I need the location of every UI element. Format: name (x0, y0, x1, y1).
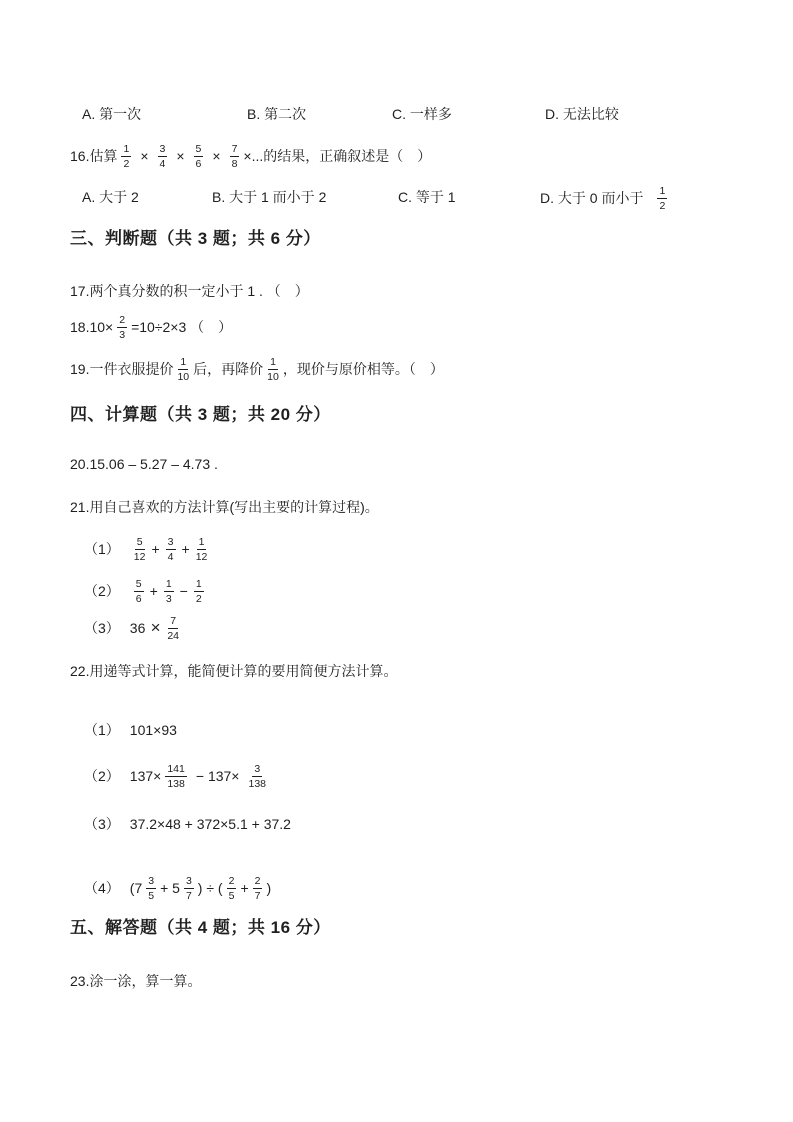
q22-item-1-expression: 101×93 (130, 722, 177, 739)
q15-option-c: C. 一样多 (392, 106, 452, 123)
fraction-numerator: 5 (135, 536, 145, 550)
q16-option-d: D. 大于 0 而小于 12 (540, 185, 671, 212)
fraction-denominator: 5 (148, 889, 154, 902)
fraction: 724 (167, 615, 179, 642)
q22-item-4-part-4: + (240, 880, 248, 897)
fraction-denominator: 12 (134, 550, 146, 563)
multiply-sign: × (212, 148, 220, 165)
question-22-item-2: （2） 137× 141138 − 137× 3138 (84, 763, 270, 790)
fraction-numerator: 7 (168, 615, 178, 629)
fraction: 141138 (165, 763, 187, 790)
fraction-denominator: 3 (166, 592, 172, 605)
fraction: 3138 (248, 763, 266, 790)
fraction-denominator: 2 (196, 592, 202, 605)
fraction-denominator: 4 (160, 157, 166, 170)
question-22-item-4: （4） (7 35 + 5 37 ) ÷ ( 25 + 27 ) (84, 875, 271, 902)
item-marker: （2） (84, 768, 120, 785)
item-marker: （2） (84, 583, 120, 600)
item-marker: （3） (84, 620, 120, 637)
minus-sign: − (180, 583, 188, 600)
fraction-denominator: 8 (232, 157, 238, 170)
q22-item-4-part-1: (7 (130, 880, 142, 897)
fraction-denominator: 2 (123, 157, 129, 170)
fraction: 34 (166, 536, 176, 563)
q22-item-4-part-5: ) (266, 880, 271, 897)
fraction-numerator: 1 (121, 143, 131, 157)
fraction-numerator: 1 (178, 356, 188, 370)
question-19: 19.一件衣服提价 110 后，再降价 110 ，现价与原价相等。（ ） (70, 356, 444, 383)
fraction-numerator: 3 (166, 536, 176, 550)
plus-sign: + (151, 541, 159, 558)
q16-option-b: B. 大于 1 而小于 2 (212, 189, 326, 206)
fraction: 56 (194, 143, 204, 170)
item-marker: （3） (84, 816, 120, 833)
multiply-sign: × (176, 148, 184, 165)
fraction: 27 (253, 875, 263, 902)
question-16: 16.估算 12 × 34 × 56 × 78 ×...的结果，正确叙述是（ ） (70, 143, 431, 170)
multiply-sign: × (150, 618, 160, 638)
fraction: 110 (267, 356, 279, 383)
q15-option-a: A. 第一次 (82, 106, 141, 123)
fraction-numerator: 3 (252, 763, 262, 777)
fraction-numerator: 7 (230, 143, 240, 157)
fraction: 110 (177, 356, 189, 383)
q15-option-b: B. 第二次 (247, 106, 306, 123)
fraction: 512 (134, 536, 146, 563)
fraction-denominator: 12 (196, 550, 208, 563)
item-marker: （1） (84, 722, 120, 739)
q18-prefix: 18.10× (70, 319, 113, 336)
fraction-denominator: 7 (255, 889, 261, 902)
fraction-denominator: 10 (177, 370, 189, 383)
q19-part-3: ，现价与原价相等。（ ） (283, 361, 444, 378)
fraction: 35 (146, 875, 156, 902)
fraction-numerator: 141 (165, 763, 187, 777)
fraction: 23 (117, 314, 127, 341)
fraction: 37 (184, 875, 194, 902)
question-21-item-2: （2） 56 + 13 − 12 (84, 578, 208, 605)
q16-suffix: ×...的结果，正确叙述是（ ） (243, 148, 431, 165)
fraction: 34 (158, 143, 168, 170)
fraction-denominator: 5 (229, 889, 235, 902)
exam-document-page: A. 第一次 B. 第二次 C. 一样多 D. 无法比较 16.估算 12 × … (0, 0, 793, 1122)
question-17: 17.两个真分数的积一定小于 1 . （ ） (70, 283, 309, 300)
q16-option-c: C. 等于 1 (398, 189, 456, 206)
fraction-numerator: 5 (194, 143, 204, 157)
question-21-item-1: （1） 512 + 34 + 112 (84, 536, 211, 563)
q19-part-2: 后，再降价 (193, 361, 263, 378)
q22-item-4-part-2: + 5 (160, 880, 180, 897)
question-18: 18.10× 23 =10÷2×3 （ ） (70, 314, 232, 341)
q22-item-2-part-1: 137× (130, 768, 162, 785)
question-23: 23.涂一涂，算一算。 (70, 973, 201, 990)
fraction-denominator: 6 (136, 592, 142, 605)
fraction-denominator: 10 (267, 370, 279, 383)
item-marker: （4） (84, 880, 120, 897)
q18-suffix: =10÷2×3 （ ） (131, 319, 232, 336)
fraction-denominator: 7 (186, 889, 192, 902)
fraction-numerator: 3 (184, 875, 194, 889)
fraction-numerator: 2 (117, 314, 127, 328)
question-22-item-1: （1） 101×93 (84, 722, 177, 739)
fraction-numerator: 2 (253, 875, 263, 889)
fraction-denominator: 4 (168, 550, 174, 563)
fraction: 12 (121, 143, 131, 170)
q16-option-d-label: D. 大于 0 而小于 (540, 190, 643, 207)
fraction-denominator: 3 (119, 328, 125, 341)
fraction-numerator: 1 (164, 578, 174, 592)
section-4-heading: 四、计算题（共 3 题；共 20 分） (70, 405, 331, 425)
item-marker: （1） (84, 541, 120, 558)
q22-item-4-part-3: ) ÷ ( (198, 880, 223, 897)
question-20: 20.15.06 – 5.27 – 4.73 . (70, 456, 218, 473)
fraction-numerator: 3 (158, 143, 168, 157)
fraction-numerator: 5 (134, 578, 144, 592)
fraction: 12 (194, 578, 204, 605)
fraction-denominator: 24 (167, 629, 179, 642)
fraction-numerator: 1 (197, 536, 207, 550)
question-22-item-3: （3） 37.2×48 + 372×5.1 + 37.2 (84, 816, 291, 833)
fraction-numerator: 1 (194, 578, 204, 592)
fraction: 112 (196, 536, 208, 563)
q22-item-2-part-2: − 137× (196, 768, 240, 785)
question-22-title: 22.用递等式计算，能简便计算的要用简便方法计算。 (70, 663, 397, 680)
q22-item-3-expression: 37.2×48 + 372×5.1 + 37.2 (130, 816, 291, 833)
fraction-denominator: 138 (167, 777, 185, 790)
plus-sign: + (150, 583, 158, 600)
question-21-title: 21.用自己喜欢的方法计算(写出主要的计算过程)。 (70, 499, 379, 516)
fraction: 25 (227, 875, 237, 902)
q15-option-d: D. 无法比较 (545, 106, 619, 123)
fraction-numerator: 2 (227, 875, 237, 889)
question-21-item-3: （3） 36 × 724 (84, 615, 183, 642)
fraction-denominator: 138 (248, 777, 266, 790)
fraction-numerator: 1 (657, 185, 667, 199)
q16-option-a: A. 大于 2 (82, 189, 139, 206)
fraction-denominator: 2 (659, 199, 665, 212)
fraction: 78 (230, 143, 240, 170)
section-5-heading: 五、解答题（共 4 题；共 16 分） (70, 918, 331, 938)
section-3-heading: 三、判断题（共 3 题；共 6 分） (70, 229, 321, 249)
fraction: 56 (134, 578, 144, 605)
multiply-sign: × (140, 148, 148, 165)
plus-sign: + (182, 541, 190, 558)
q21-item-3-operand: 36 (130, 620, 146, 637)
fraction-numerator: 1 (268, 356, 278, 370)
q16-prefix: 16.估算 (70, 148, 117, 165)
q19-part-1: 19.一件衣服提价 (70, 361, 173, 378)
fraction-numerator: 3 (146, 875, 156, 889)
fraction-denominator: 6 (196, 157, 202, 170)
fraction: 12 (657, 185, 667, 212)
fraction: 13 (164, 578, 174, 605)
